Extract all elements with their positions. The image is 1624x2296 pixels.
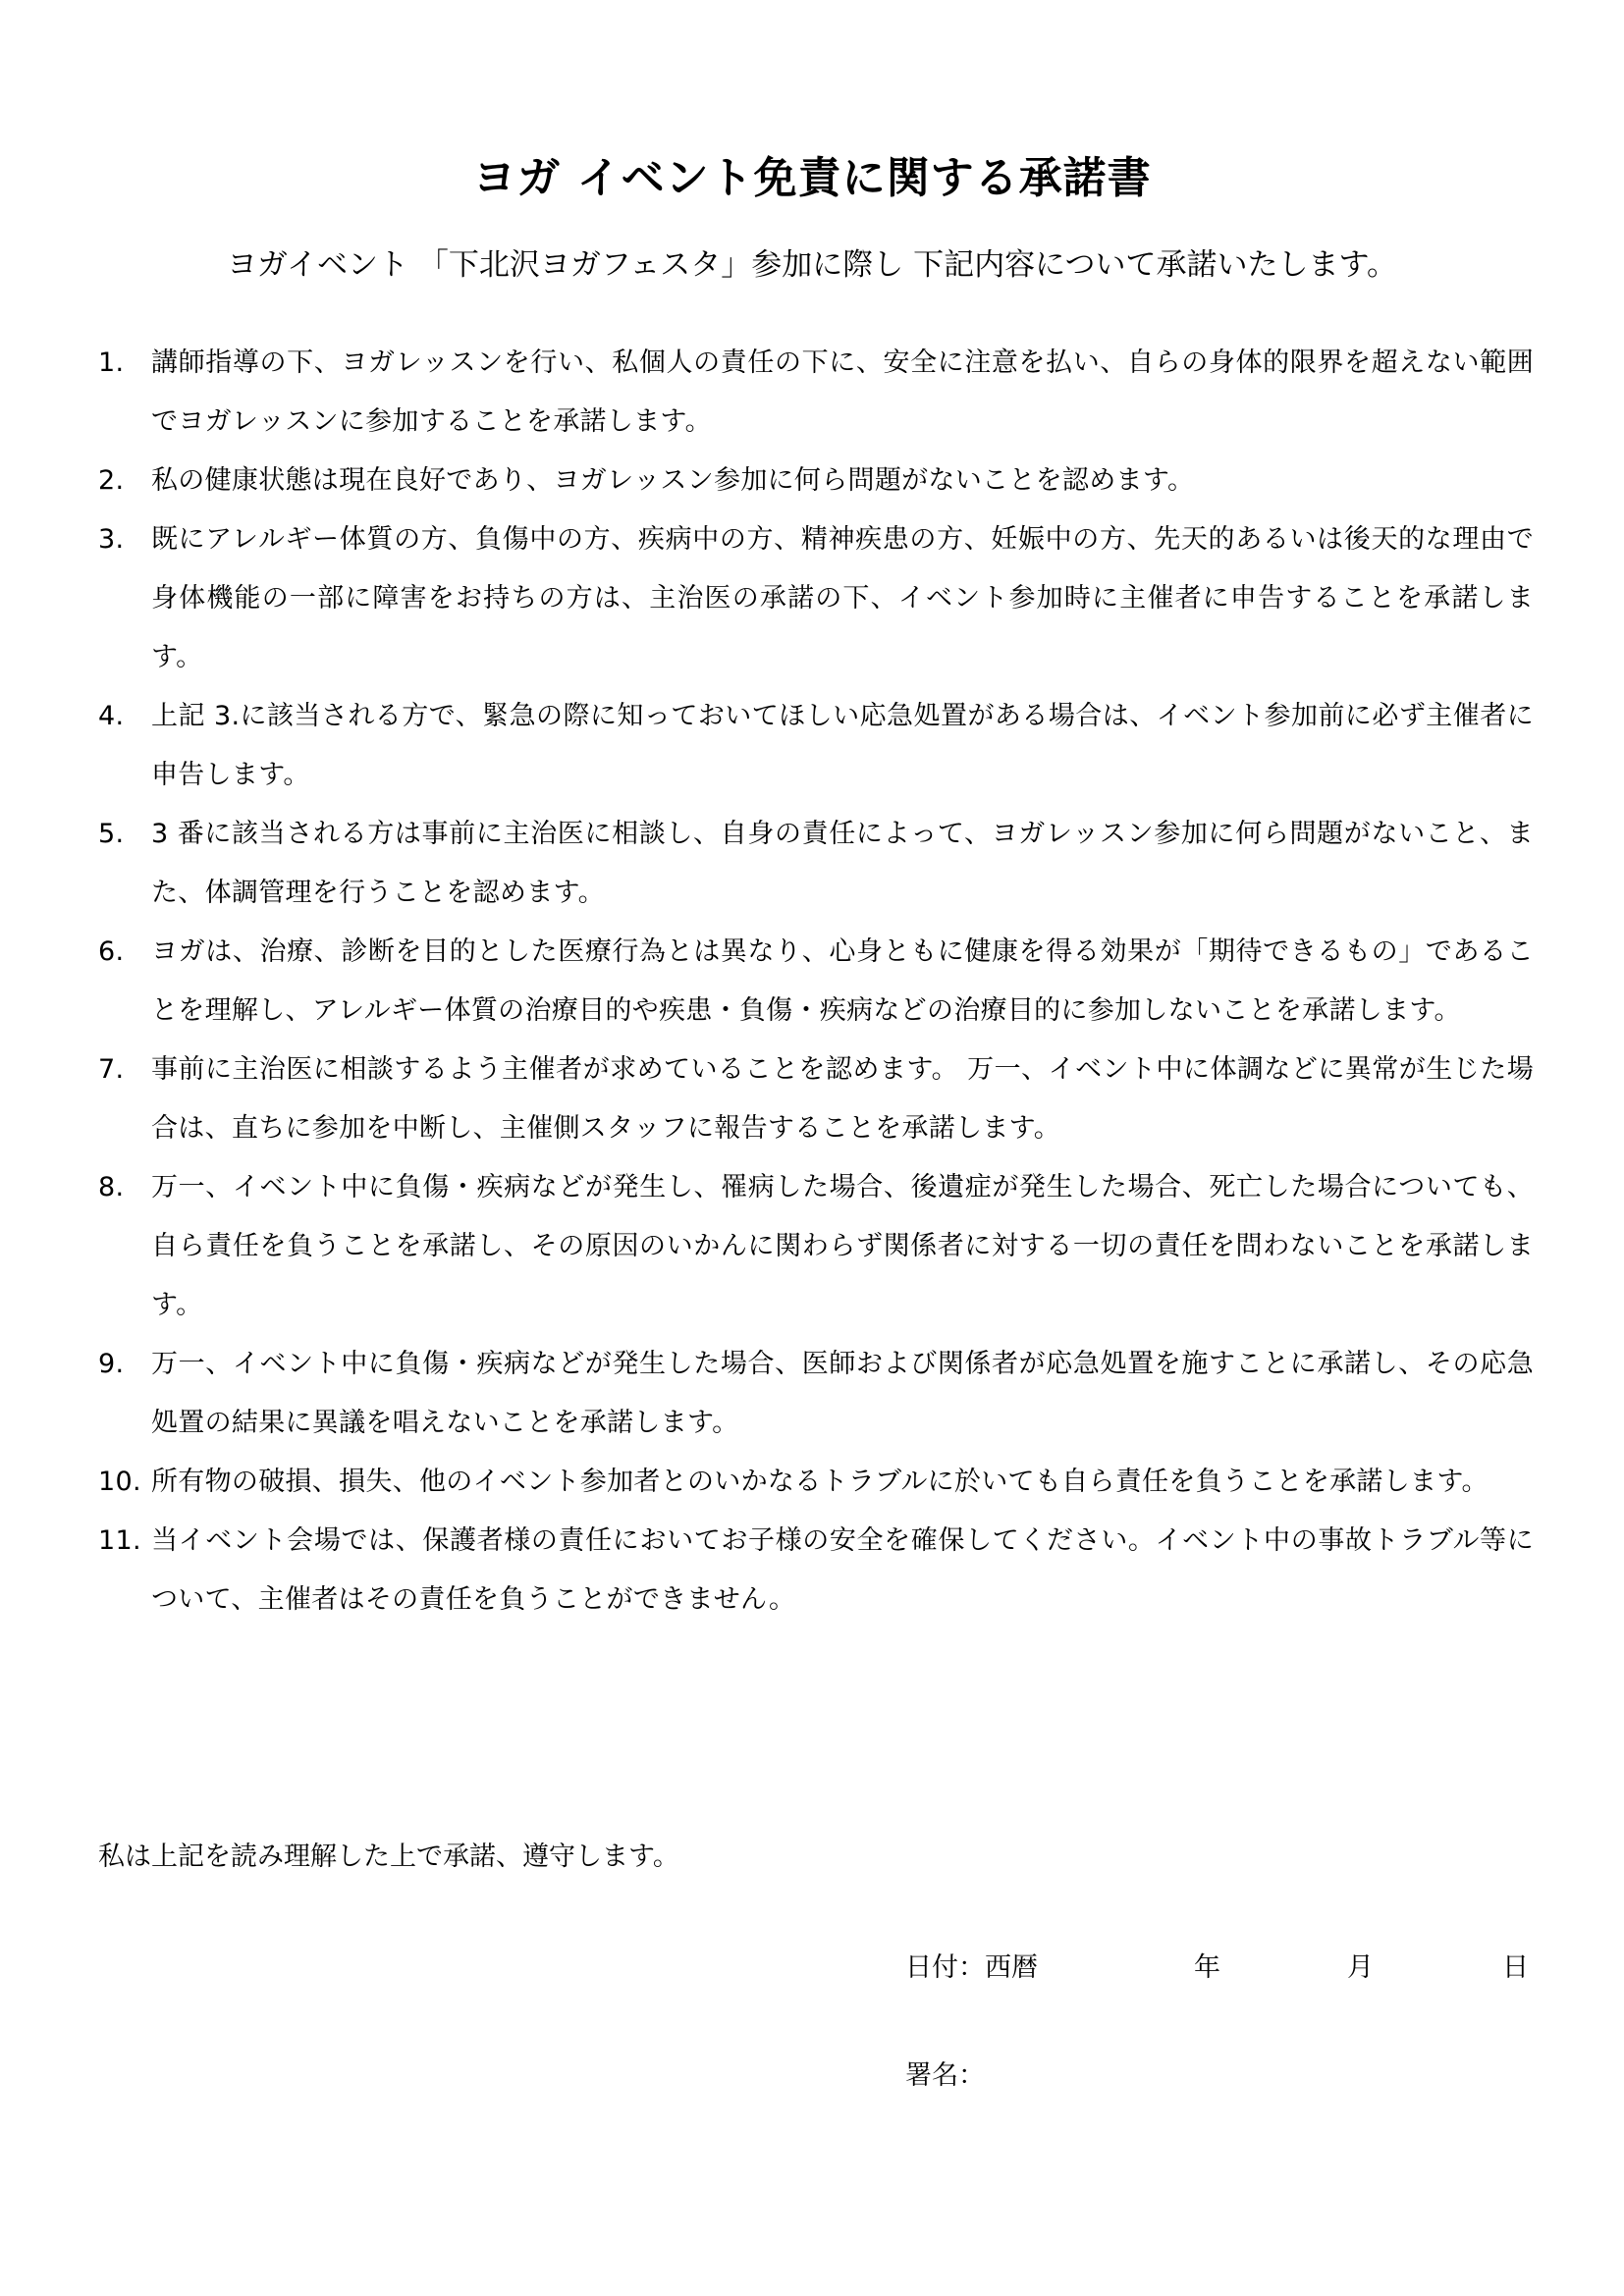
clause-text: 上記 3.に該当される方で、緊急の際に知っておいてほしい応急処置がある場合は、イ…	[151, 687, 1534, 805]
clause-text: 事前に主治医に相談するよう主催者が求めていることを認めます。 万一、イベント中に…	[151, 1041, 1534, 1158]
clause-number: 3.	[98, 510, 151, 569]
clause-number: 2.	[98, 452, 151, 510]
clause-number: 11.	[98, 1512, 151, 1571]
clause-item: 6. ヨガは、治療、診断を目的とした医療行為とは異なり、心身ともに健康を得る効果…	[98, 923, 1534, 1041]
clause-text: 3 番に該当される方は事前に主治医に相談し、自身の責任によって、ヨガレッスン参加…	[151, 805, 1534, 923]
clause-item: 7. 事前に主治医に相談するよう主催者が求めていることを認めます。 万一、イベン…	[98, 1041, 1534, 1158]
clause-text: 当イベント会場では、保護者様の責任においてお子様の安全を確保してください。イベン…	[151, 1512, 1534, 1629]
date-day-label: 日	[1502, 1949, 1529, 1988]
clause-number: 9.	[98, 1335, 151, 1394]
clause-number: 4.	[98, 687, 151, 746]
clause-text: 万一、イベント中に負傷・疾病などが発生した場合、医師および関係者が応急処置を施す…	[151, 1335, 1534, 1453]
clause-list: 1. 講師指導の下、ヨガレッスンを行い、私個人の責任の下に、安全に注意を払い、自…	[98, 334, 1534, 1629]
document-title: ヨガ イベント免責に関する承諾書	[0, 149, 1624, 208]
date-field: 日付：西暦 年 月 日	[905, 1949, 1534, 1988]
clause-text: 既にアレルギー体質の方、負傷中の方、疾病中の方、精神疾患の方、妊娠中の方、先天的…	[151, 510, 1534, 687]
clause-item: 8. 万一、イベント中に負傷・疾病などが発生し、罹病した場合、後遺症が発生した場…	[98, 1158, 1534, 1335]
clause-number: 1.	[98, 334, 151, 393]
signature-label: 署名：	[905, 2060, 985, 2091]
waiver-document: ヨガ イベント免責に関する承諾書 ヨガイベント 「下北沢ヨガフェスタ」参加に際し…	[0, 0, 1624, 2296]
clause-number: 10.	[98, 1453, 151, 1512]
date-month-label: 月	[1347, 1949, 1374, 1988]
signature-field: 署名：	[905, 2056, 985, 2096]
clause-text: 万一、イベント中に負傷・疾病などが発生し、罹病した場合、後遺症が発生した場合、死…	[151, 1158, 1534, 1335]
clause-item: 5. 3 番に該当される方は事前に主治医に相談し、自身の責任によって、ヨガレッス…	[98, 805, 1534, 923]
clause-item: 10. 所有物の破損、損失、他のイベント参加者とのいかなるトラブルに於いても自ら…	[98, 1453, 1534, 1512]
document-subtitle: ヨガイベント 「下北沢ヨガフェスタ」参加に際し 下記内容について承諾いたします。	[0, 240, 1624, 290]
clause-number: 5.	[98, 805, 151, 864]
clause-number: 6.	[98, 923, 151, 982]
clause-item: 4. 上記 3.に該当される方で、緊急の際に知っておいてほしい応急処置がある場合…	[98, 687, 1534, 805]
clause-number: 8.	[98, 1158, 151, 1217]
clause-number: 7.	[98, 1041, 151, 1099]
clause-item: 9. 万一、イベント中に負傷・疾病などが発生した場合、医師および関係者が応急処置…	[98, 1335, 1534, 1453]
clause-text: ヨガは、治療、診断を目的とした医療行為とは異なり、心身ともに健康を得る効果が「期…	[151, 923, 1534, 1041]
acknowledgement-statement: 私は上記を読み理解した上で承諾、遵守します。	[98, 1838, 679, 1877]
clause-text: 講師指導の下、ヨガレッスンを行い、私個人の責任の下に、安全に注意を払い、自らの身…	[151, 334, 1534, 452]
date-label: 日付：西暦	[905, 1949, 1038, 1988]
clause-text: 所有物の破損、損失、他のイベント参加者とのいかなるトラブルに於いても自ら責任を負…	[151, 1453, 1534, 1512]
clause-item: 2. 私の健康状態は現在良好であり、ヨガレッスン参加に何ら問題がないことを認めま…	[98, 452, 1534, 510]
clause-text: 私の健康状態は現在良好であり、ヨガレッスン参加に何ら問題がないことを認めます。	[151, 452, 1534, 510]
clause-item: 11. 当イベント会場では、保護者様の責任においてお子様の安全を確保してください…	[98, 1512, 1534, 1629]
clause-item: 1. 講師指導の下、ヨガレッスンを行い、私個人の責任の下に、安全に注意を払い、自…	[98, 334, 1534, 452]
clause-item: 3. 既にアレルギー体質の方、負傷中の方、疾病中の方、精神疾患の方、妊娠中の方、…	[98, 510, 1534, 687]
date-year-label: 年	[1194, 1949, 1220, 1988]
